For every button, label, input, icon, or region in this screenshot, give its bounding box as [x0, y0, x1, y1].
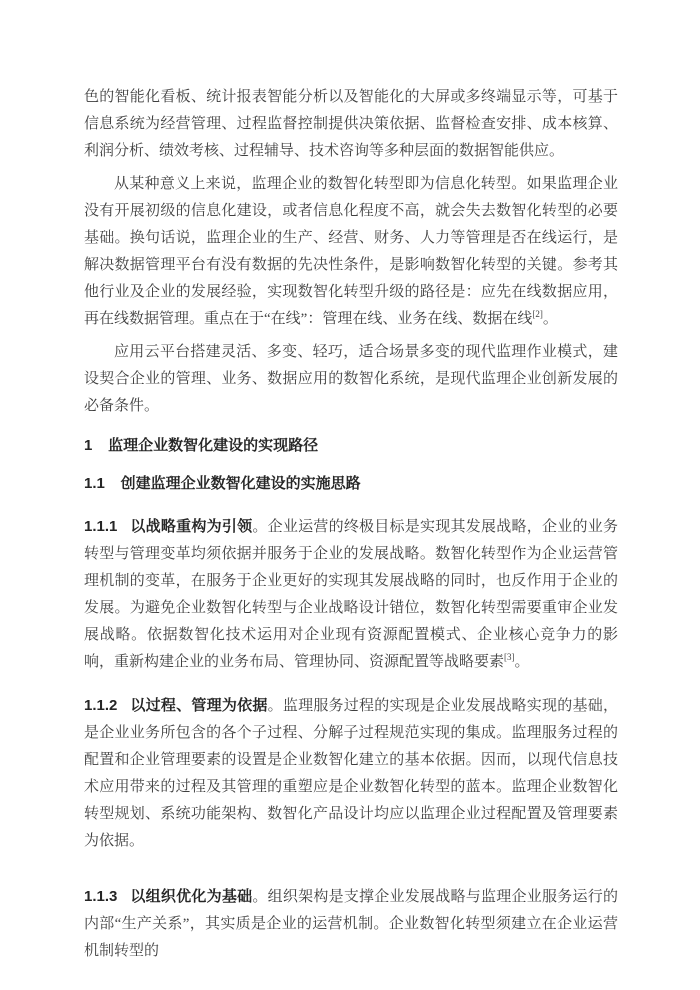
body-paragraph: 从某种意义上来说，监理企业的数智化转型即为信息化转型。如果监理企业没有开展初级的…: [84, 171, 618, 333]
section-paragraph: 1.1.2以过程、管理为依据。监理服务过程的实现是企业发展战略实现的基础，是企业…: [84, 692, 618, 855]
paragraph-text: 。: [543, 311, 558, 327]
paragraph-text: 色的智能化看板、统计报表智能分析以及智能化的大屏或多终端显示等，可基于信息系统为…: [84, 89, 618, 159]
paragraph-text: 从某种意义上来说，监理企业的数智化转型即为信息化转型。如果监理企业没有开展初级的…: [84, 176, 618, 327]
section-number: 1.1.2: [84, 697, 117, 714]
section-lead: 以战略重构为引领: [130, 518, 252, 535]
citation-superscript: [2]: [532, 309, 543, 319]
heading-number: 1.1: [84, 475, 105, 492]
section-number: 1.1.1: [84, 518, 117, 535]
section-number: 1.1.3: [84, 888, 117, 905]
section-paragraph: 1.1.3以组织优化为基础。组织架构是支撑企业发展战略与监理企业服务运行的内部“…: [84, 883, 618, 965]
paragraph-text: 。: [515, 654, 530, 670]
section-paragraph: 1.1.1以战略重构为引领。企业运营的终极目标是实现其发展战略，企业的业务转型与…: [84, 513, 618, 676]
body-paragraph: 色的智能化看板、统计报表智能分析以及智能化的大屏或多终端显示等，可基于信息系统为…: [84, 84, 618, 165]
document-page: 色的智能化看板、统计报表智能分析以及智能化的大屏或多终端显示等，可基于信息系统为…: [0, 0, 700, 990]
heading-title: 监理企业数智化建设的实现路径: [108, 437, 318, 454]
heading-title: 创建监理企业数智化建设的实施思路: [121, 475, 361, 492]
paragraph-text: 。监理服务过程的实现是企业发展战略实现的基础，是企业业务所包含的各个子过程、分解…: [84, 698, 618, 849]
section-lead: 以过程、管理为依据: [130, 697, 267, 714]
heading-number: 1: [84, 437, 92, 454]
paragraph-text: 应用云平台搭建灵活、多变、轻巧，适合场景多变的现代监理作业模式，建设契合企业的管…: [84, 344, 618, 414]
heading-h2: 1.1创建监理企业数智化建设的实施思路: [84, 470, 618, 497]
document-content: 色的智能化看板、统计报表智能分析以及智能化的大屏或多终端显示等，可基于信息系统为…: [84, 84, 618, 971]
body-paragraph: 应用云平台搭建灵活、多变、轻巧，适合场景多变的现代监理作业模式，建设契合企业的管…: [84, 339, 618, 420]
paragraph-text: 。企业运营的终极目标是实现其发展战略，企业的业务转型与管理变革均须依据并服务于企…: [84, 519, 618, 670]
section-lead: 以组织优化为基础: [130, 888, 252, 905]
heading-h1: 1监理企业数智化建设的实现路径: [84, 432, 618, 459]
citation-superscript: [3]: [504, 652, 515, 662]
